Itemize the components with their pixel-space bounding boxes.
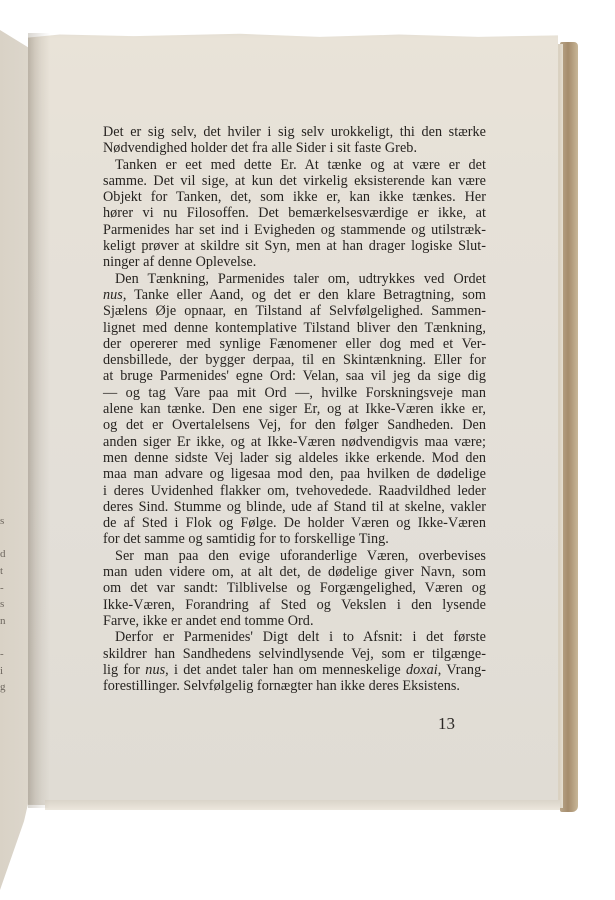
text-line: Den Tænkning, Parmenides taler om, udtry… [103, 271, 486, 287]
left-page-fragment: s [0, 513, 14, 530]
left-page-fragment: d [0, 546, 14, 563]
text-line: og det er Overtalelsens Vej, for den føl… [103, 417, 486, 433]
text-line: samme. Det vil sige, at kun det virkelig… [103, 173, 486, 189]
text-line: lignet med denne kontemplative Tilstand … [103, 320, 486, 336]
text-line: Ikke-Væren, Forandring af Sted og Veksle… [103, 597, 486, 613]
page-body-text: Det er sig selv, det hviler i sig selv u… [103, 124, 486, 694]
text-line: densbillede, der bygger derpaa, til en S… [103, 352, 486, 368]
paragraph: Det er sig selv, det hviler i sig selv u… [103, 124, 486, 157]
left-page-fragment: - [0, 646, 14, 663]
text-line: forestillinger. Selvfølgelig fornægter h… [103, 678, 486, 694]
paragraph: Ser man paa den evige uforanderlige Være… [103, 548, 486, 629]
left-page-fragment [0, 480, 14, 497]
page-number: 13 [438, 714, 455, 734]
text-line: lig for nus, i det andet taler han om me… [103, 662, 486, 678]
italic-term: nus [145, 662, 165, 678]
text-line: — og tag Vare paa mit Ord —, hvilke Fors… [103, 385, 486, 401]
left-page-fragment: - [0, 580, 14, 597]
text-line: Det er sig selv, det hviler i sig selv u… [103, 124, 486, 140]
text-line: anden siger Er ikke, og at Ikke-Væren nø… [103, 434, 486, 450]
left-page-fragment: s [0, 596, 14, 613]
paragraph: Derfor er Parmenides' Digt delt i to Afs… [103, 629, 486, 694]
text-line: deres Sind. Stumme og blinde, ude af Sta… [103, 499, 486, 515]
text-line: Tanken er eet med dette Er. At tænke og … [103, 157, 486, 173]
left-page-fragment [0, 530, 14, 547]
left-page-fragment: i [0, 663, 14, 680]
text-line: der opererer med synlige Fænomener eller… [103, 336, 486, 352]
page-bottom-edge [45, 800, 560, 810]
text-line: men denne sidste Vej lader sig aldeles i… [103, 450, 486, 466]
italic-term: nus [103, 287, 123, 303]
italic-term: doxai [406, 662, 438, 678]
text-line: Sjælens Øje opnaar, en Tilstand af Selvf… [103, 303, 486, 319]
text-line: Parmenides har set ind i Evigheden og st… [103, 222, 486, 238]
text-line: skildrer han Sandhedens selvindlysende V… [103, 646, 486, 662]
text-line: Derfor er Parmenides' Digt delt i to Afs… [103, 629, 486, 645]
text-line: man uden videre om, at alt det, de dødel… [103, 564, 486, 580]
left-page-fragment [0, 629, 14, 646]
text-line: i deres Uvidenhed flakker om, tvehoveded… [103, 483, 486, 499]
book-gutter-shadow [28, 33, 50, 808]
left-page-fragment [0, 497, 14, 514]
text-line: de af Sted i Flok og Følge. De holder Væ… [103, 515, 486, 531]
text-line: ninger af denne Oplevelse. [103, 254, 486, 270]
left-page-fragment: n [0, 613, 14, 630]
paragraph: Tanken er eet med dette Er. At tænke og … [103, 157, 486, 271]
paragraph: Den Tænkning, Parmenides taler om, udtry… [103, 271, 486, 548]
text-line: Nødvendighed holder det fra alle Sider i… [103, 140, 486, 156]
text-line: for det samme og samtidig for to forskel… [103, 531, 486, 547]
text-line: keligt prøver at skildre sit Syn, men at… [103, 238, 486, 254]
text-line: om det var sandt: Tilblivelse og Forgæng… [103, 580, 486, 596]
text-line: Objekt for Tanken, det, som ikke er, kan… [103, 189, 486, 205]
left-page-fragment: g [0, 679, 14, 696]
text-line: Farve, ikke er andet end tomme Ord. [103, 613, 486, 629]
text-line: nus, Tanke eller Aand, og det er den kla… [103, 287, 486, 303]
text-line: at bruge Parmenides' egne Ord: Velan, sa… [103, 368, 486, 384]
text-line: maa man advare og ligesaa mod den, paa h… [103, 466, 486, 482]
left-page-text-fragments: sdt-sn-ig [0, 480, 14, 730]
left-page-fragment: t [0, 563, 14, 580]
text-line: alene kan tænke. Den ene siger Er, og at… [103, 401, 486, 417]
text-line: hører vi nu Filosoffen. Det bemærkelsesv… [103, 205, 486, 221]
text-line: Ser man paa den evige uforanderlige Være… [103, 548, 486, 564]
